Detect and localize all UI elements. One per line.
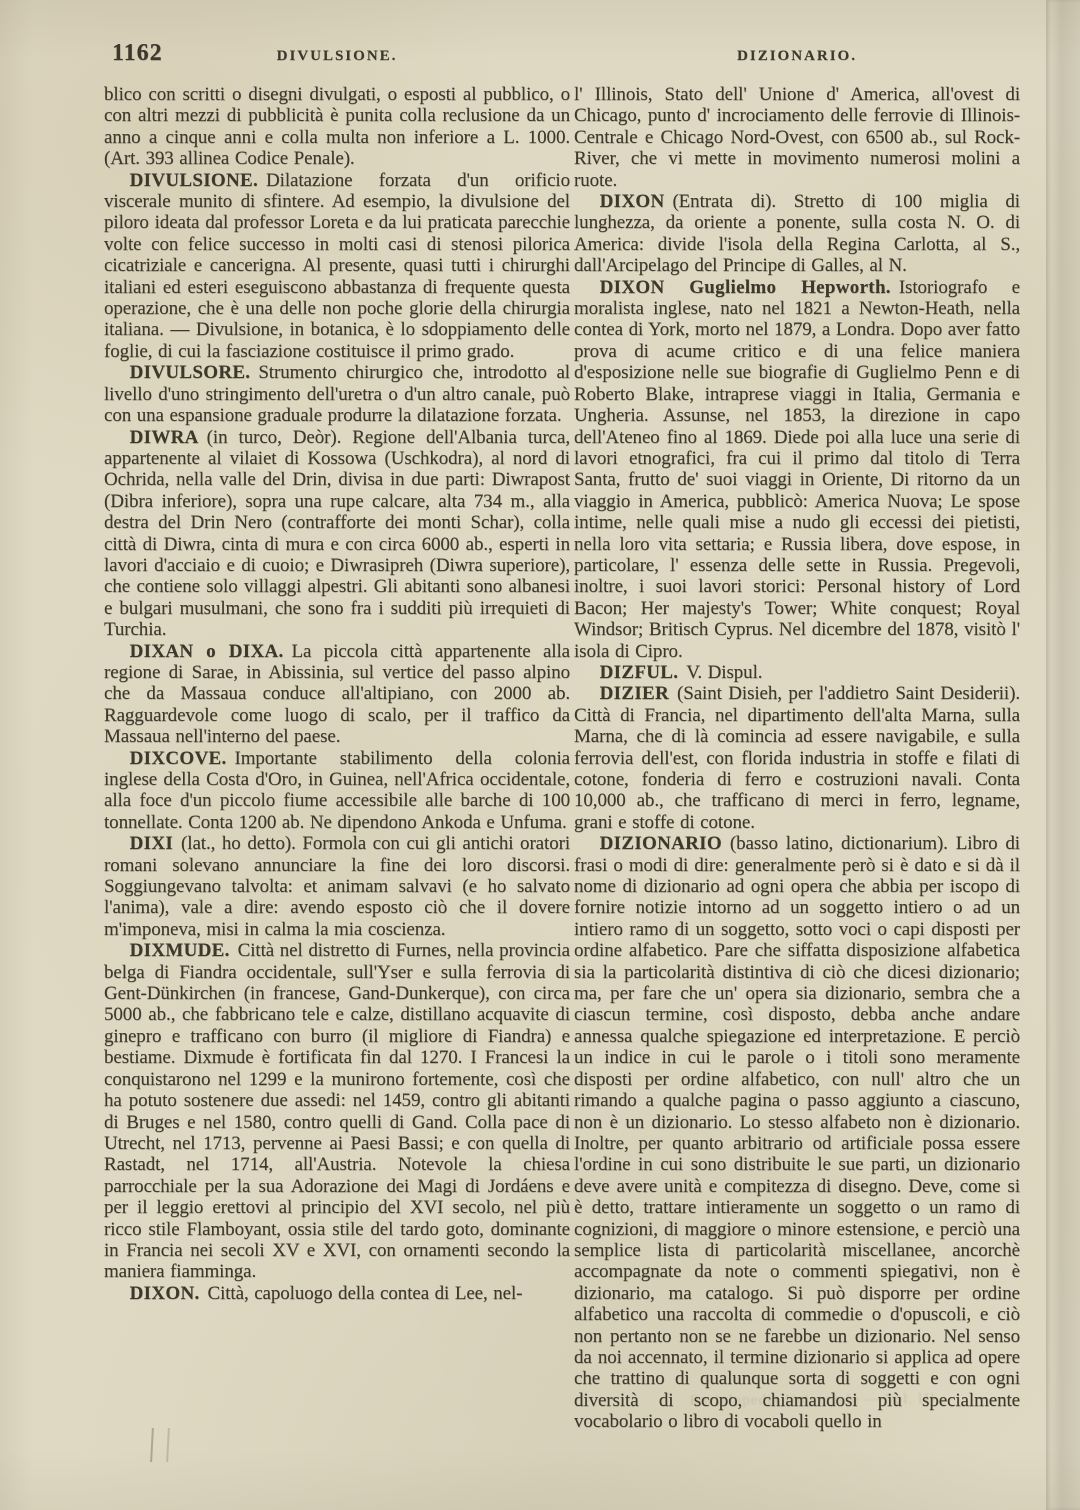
entry-term: DIXI <box>130 833 173 854</box>
entry-term: DIXCOVE. <box>130 748 227 769</box>
entry-divulsore: DIVULSORE.Strumento chirurgico che, intr… <box>104 362 570 426</box>
entry-term: DIVULSIONE. <box>130 170 258 191</box>
entry-dizier: DIZIER(Saint Disieh, per l'addietro Sain… <box>574 683 1020 833</box>
entry-body: Città nel distretto di Furnes, nella pro… <box>104 940 570 1282</box>
entry-term: DIXAN o DIXA. <box>130 641 284 662</box>
entry-dixi: DIXI(lat., ho detto). Formola con cui gl… <box>104 833 570 940</box>
entry-dixan: DIXAN o DIXA.La piccola città appartenen… <box>104 641 570 748</box>
entry-term: DIXMUDE. <box>130 940 230 961</box>
entry-dizionario: DIZIONARIO(basso latino, dictionarium). … <box>574 833 1020 1432</box>
entry-term: DIXON <box>600 191 665 212</box>
running-head-right: DIZIONARIO. <box>574 48 1020 65</box>
continued-paragraph: blico con scritti o disegni divulgati, o… <box>104 84 570 170</box>
page-edge-shadow <box>1046 0 1080 1510</box>
ghost-footer-showthrough: Enciclopedia Universale — Vol. III. <box>640 1391 990 1410</box>
entry-body: Città, capoluogo della contea di Lee, ne… <box>208 1283 523 1304</box>
paragraph-text: l' Illinois, Stato dell' Unione d' Ameri… <box>574 84 1020 191</box>
entry-divulsione: DIVULSIONE.Dilatazione forzata d'un orif… <box>104 170 570 363</box>
entry-body: (in turco, Deòr). Regione dell'Albania t… <box>104 427 570 641</box>
ink-marks <box>150 1428 170 1462</box>
running-head: 1162 DIVULSIONE. DIZIONARIO. <box>0 0 1080 80</box>
entry-body: (lat., ho detto). Formola con cui gli an… <box>104 833 570 940</box>
entry-dixon-strait: DIXON(Entrata di). Stretto di 100 miglia… <box>574 191 1020 277</box>
entry-dizful: DIZFUL.V. Dispul. <box>574 662 1020 683</box>
book-page: 1162 DIVULSIONE. DIZIONARIO. blico con s… <box>0 0 1080 1510</box>
running-head-left: DIVULSIONE. <box>104 48 570 65</box>
entry-body: (basso latino, dictionarium). Libro di f… <box>574 833 1020 1432</box>
entry-body: V. Dispul. <box>686 662 762 683</box>
entry-dixmude: DIXMUDE.Città nel distretto di Furnes, n… <box>104 940 570 1283</box>
entry-dixon-city: DIXON.Città, capoluogo della contea di L… <box>104 1283 570 1304</box>
continued-paragraph: l' Illinois, Stato dell' Unione d' Ameri… <box>574 84 1020 191</box>
entry-dixon-hepworth: DIXON Guglielmo Hepworth.Istoriografo e … <box>574 277 1020 662</box>
entry-term: DIWRA <box>130 427 199 448</box>
entry-body: (Saint Disieh, per l'addietro Saint Desi… <box>574 683 1020 832</box>
entry-term: DIVULSORE. <box>130 362 251 383</box>
entry-term: DIXON Guglielmo Hepworth. <box>600 277 891 298</box>
entry-term: DIZFUL. <box>600 662 679 683</box>
entry-term: DIZIER <box>600 683 669 704</box>
entry-body: Dilatazione forzata d'un orificio viscer… <box>104 170 570 362</box>
left-column: blico con scritti o disegni divulgati, o… <box>104 84 570 1304</box>
right-column: l' Illinois, Stato dell' Unione d' Ameri… <box>574 84 1020 1433</box>
entry-term: DIZIONARIO <box>600 833 722 854</box>
entry-diwra: DIWRA(in turco, Deòr). Regione dell'Alba… <box>104 427 570 641</box>
entry-body: Istoriografo e moralista inglese, nato n… <box>574 277 1020 662</box>
paragraph-text: blico con scritti o disegni divulgati, o… <box>104 84 570 169</box>
entry-dixcove: DIXCOVE.Importante stabilimento della co… <box>104 748 570 834</box>
entry-term: DIXON. <box>130 1283 200 1304</box>
